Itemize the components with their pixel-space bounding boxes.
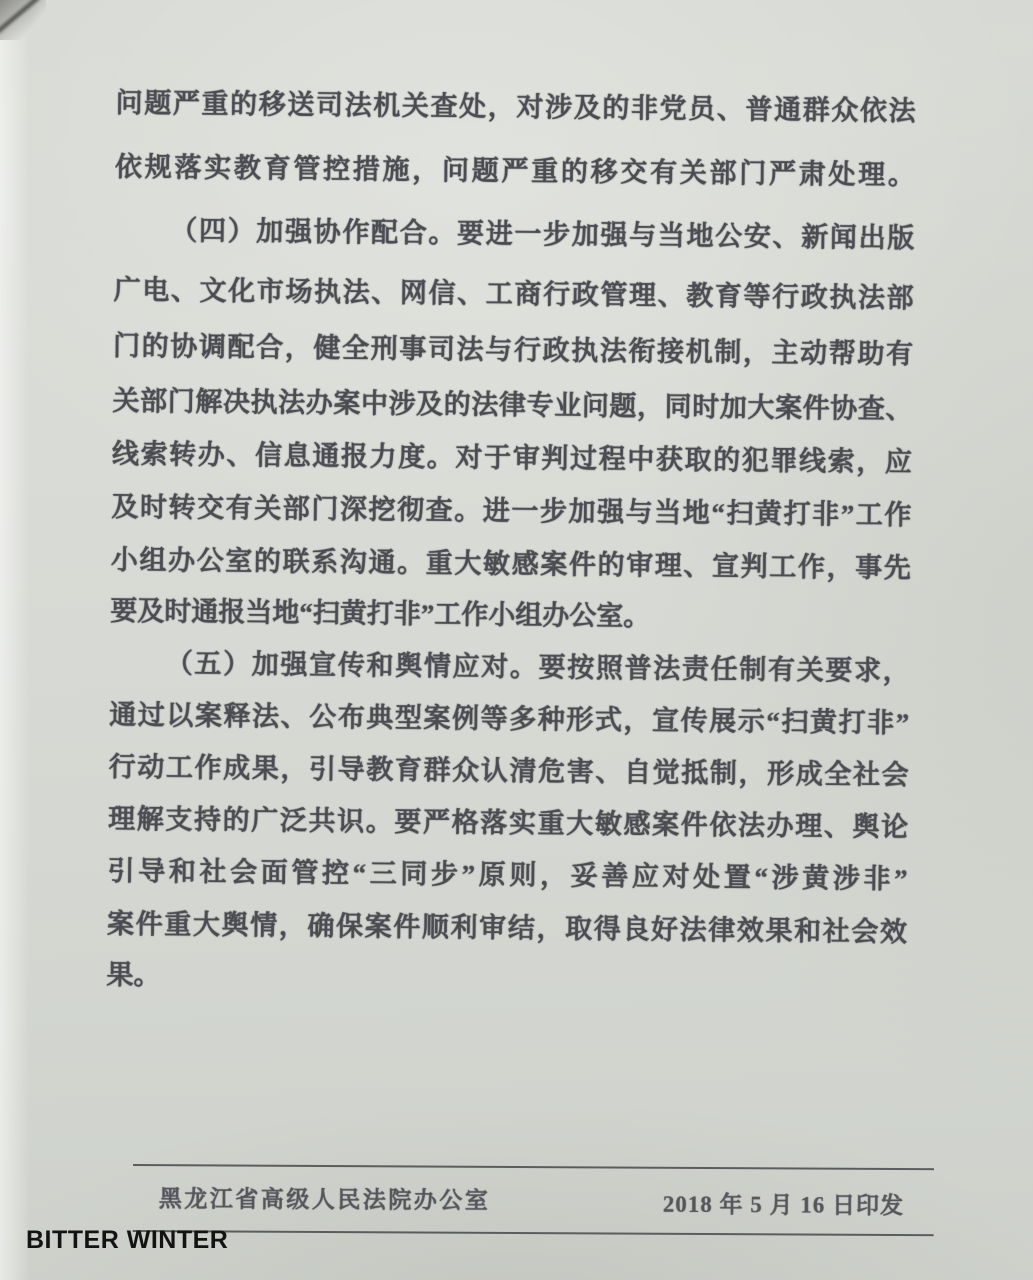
document-footer: 黑龙江省高级人民法院办公室 2018 年 5 月 16 日印发 [0, 0, 1033, 1280]
document-photo: { "colors": { "paper": "#d6d9d3", "ink":… [0, 0, 1033, 1280]
bitter-winter-watermark: BITTER WINTER [26, 1226, 228, 1255]
footer-issuer: 黑龙江省高级人民法院办公室 [159, 1180, 491, 1215]
footer-rule-top [133, 1164, 934, 1170]
footer-rule-bottom [133, 1230, 934, 1236]
footer-print-date: 2018 年 5 月 16 日印发 [663, 1186, 904, 1220]
